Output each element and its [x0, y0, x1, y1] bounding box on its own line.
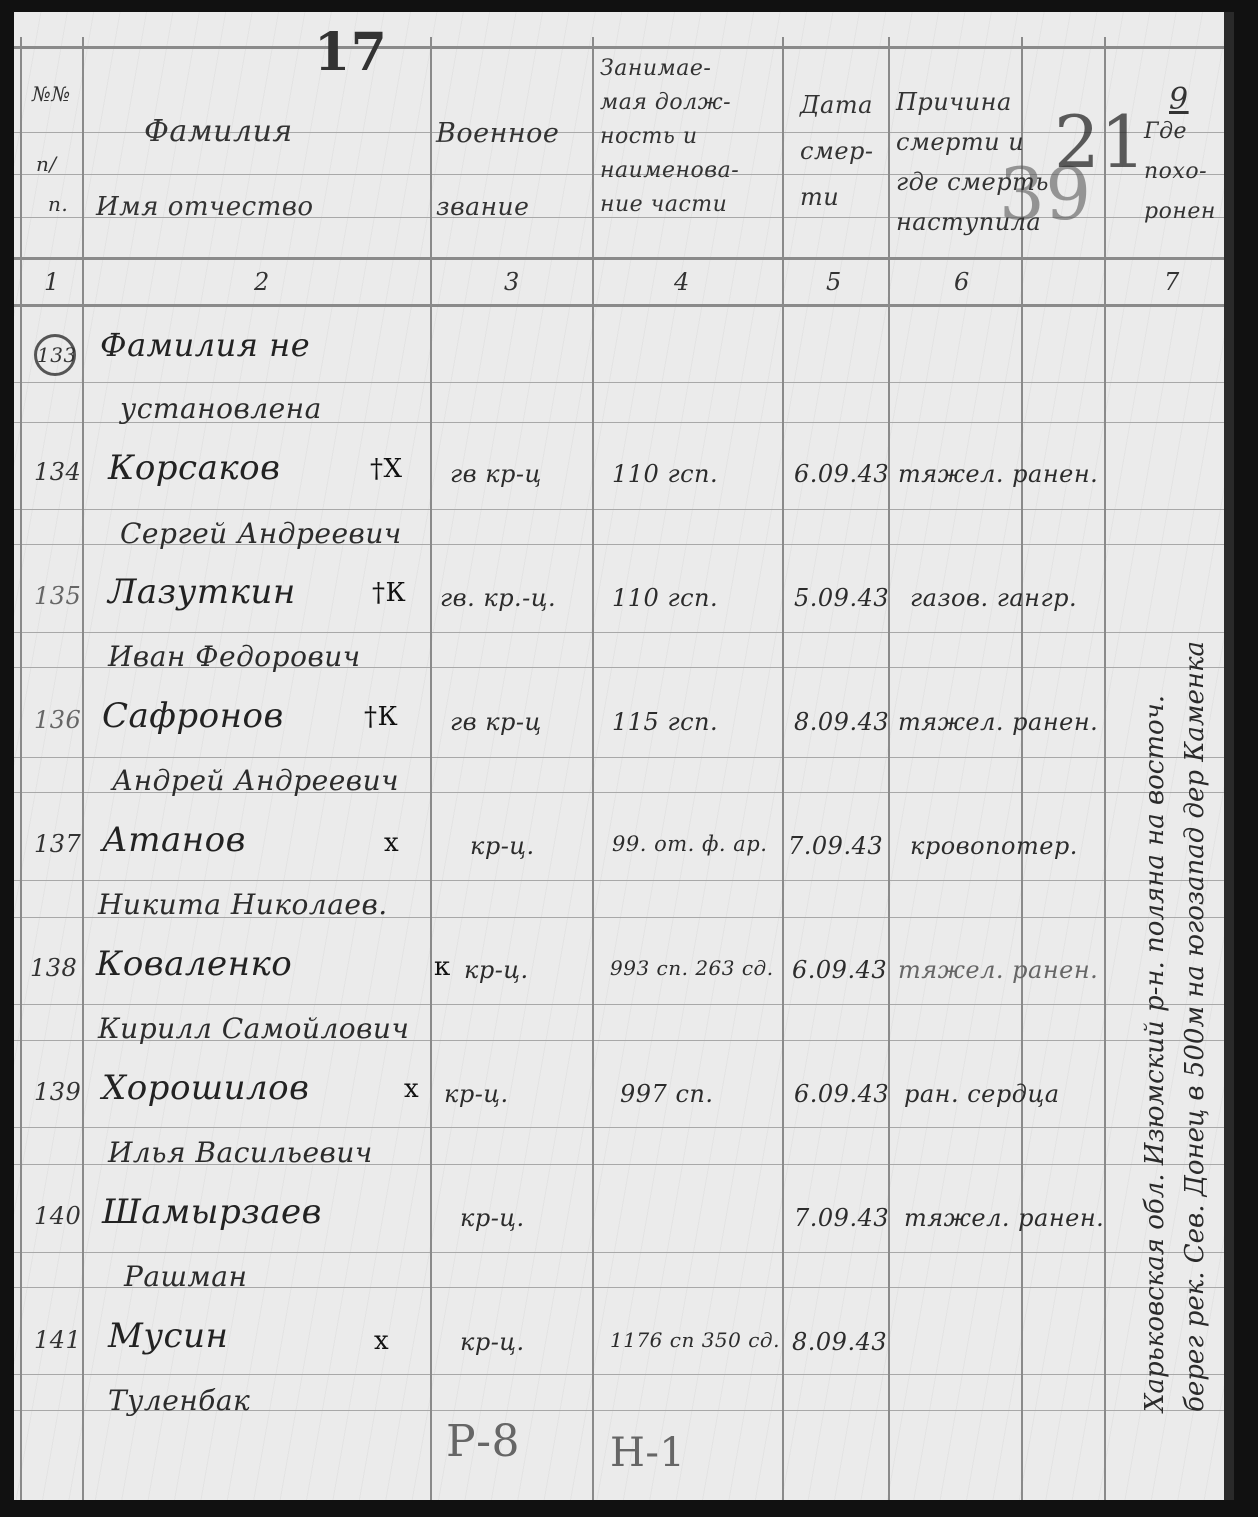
header-line: Занимае-	[600, 52, 739, 86]
date-of-death: 6.09.43	[792, 956, 887, 984]
header-military: Военное	[436, 118, 559, 149]
burial-place-line1: Харьковская обл. Изюмский р-н. поляна на…	[1140, 695, 1170, 1412]
surname: Сафронов	[102, 696, 284, 736]
deceased-mark: х	[374, 1326, 389, 1356]
header-col1-line1: №№	[32, 82, 71, 106]
deceased-mark: †К	[372, 578, 406, 608]
footer-mark: Н-1	[610, 1430, 685, 1476]
row-number: 135	[34, 582, 81, 610]
column-number: 6	[954, 268, 970, 296]
header-line: смерти и	[896, 122, 1049, 162]
header-line: наименова-	[600, 154, 739, 188]
given-name: Андрей Андреевич	[112, 764, 399, 797]
row-number: 133	[34, 334, 76, 376]
row-number: 137	[34, 830, 81, 858]
header-line: ронен	[1144, 192, 1216, 232]
rank: кр-ц.	[464, 956, 529, 984]
header-position-unit: Занимае- мая долж- ность и наименова- ни…	[600, 52, 739, 222]
header-line: Дата	[800, 82, 874, 128]
header-cause-place: Причина смерти и где смерть наступила	[896, 82, 1049, 242]
header-line: Причина	[896, 82, 1049, 122]
row-number: 139	[34, 1078, 81, 1106]
rank: кр-ц.	[470, 832, 535, 860]
header-line: похо-	[1144, 152, 1216, 192]
surname: Хорошилов	[102, 1068, 309, 1108]
given-name: Кирилл Самойлович	[98, 1012, 409, 1045]
date-of-death: 6.09.43	[794, 460, 889, 488]
surname: Коваленко	[96, 944, 292, 984]
grid-line	[14, 509, 1224, 510]
cause-of-death: тяжел. ранен.	[898, 460, 1098, 488]
column-number-border	[14, 304, 1224, 307]
given-name: Илья Васильевич	[108, 1136, 373, 1169]
pencil-overlay-number: 21	[1054, 100, 1147, 184]
grid-line	[14, 632, 1224, 633]
column-border	[888, 37, 890, 1500]
deceased-mark: к	[434, 952, 451, 982]
page-number: 17	[314, 22, 387, 83]
row-number: 136	[34, 706, 81, 734]
column-border	[430, 37, 432, 1500]
given-name: Сергей Андреевич	[120, 517, 402, 550]
unit: 997 сп.	[620, 1080, 713, 1108]
unit: 110 гсп.	[612, 460, 718, 488]
given-name: Рашман	[124, 1260, 247, 1293]
column-number: 1	[44, 268, 60, 296]
grid-line	[14, 757, 1224, 758]
column-border	[1021, 37, 1023, 1500]
row-number: 134	[34, 458, 81, 486]
rank: кр-ц.	[460, 1328, 525, 1356]
deceased-mark: х	[404, 1074, 419, 1104]
rank: кр-ц.	[444, 1080, 509, 1108]
given-name: Никита Николаев.	[98, 888, 388, 921]
header-name-patronymic: Имя отчество	[96, 192, 314, 222]
given-name: Иван Федорович	[108, 640, 361, 673]
deceased-mark: †К	[364, 702, 398, 732]
rank: гв кр-ц	[450, 460, 542, 488]
grid-line	[14, 1004, 1224, 1005]
column-number: 2	[254, 268, 270, 296]
header-date-of-death: Дата смер- ти	[800, 82, 874, 220]
surname: Мусин	[108, 1316, 228, 1356]
column-border	[592, 37, 594, 1500]
header-line: ти	[800, 174, 874, 220]
date-of-death: 8.09.43	[792, 1328, 887, 1356]
row-number: 141	[34, 1326, 81, 1354]
unit: 993 сп. 263 сд.	[610, 956, 774, 980]
header-line: ность и	[600, 120, 739, 154]
rank: кр-ц.	[460, 1204, 525, 1232]
surname: Лазуткин	[108, 572, 296, 612]
cause-of-death: газов. гангр.	[910, 584, 1077, 612]
date-of-death: 7.09.43	[794, 1204, 889, 1232]
header-col1-line2: п/	[36, 152, 57, 176]
column-number: 7	[1164, 268, 1180, 296]
cause-of-death: тяжел. ранен.	[898, 708, 1098, 736]
column-border	[1104, 37, 1106, 1500]
column-border	[782, 37, 784, 1500]
header-bottom-border	[14, 257, 1224, 260]
column-number: 3	[504, 268, 520, 296]
footer-mark: Р-8	[446, 1416, 520, 1467]
surname: Шамырзаев	[102, 1192, 322, 1232]
surname: Фамилия не	[100, 326, 310, 364]
header-line: смер-	[800, 128, 874, 174]
unit: 99. от. ф. ар.	[612, 832, 767, 856]
grid-line	[14, 1127, 1224, 1128]
header-col1-line3: п.	[48, 192, 68, 216]
header-line: наступила	[896, 202, 1049, 242]
ledger-page: 17 9 39 21 №№ п/ п. Фамилия Имя отчество…	[14, 12, 1234, 1500]
surname: Корсаков	[108, 448, 280, 488]
column-border	[20, 37, 22, 1500]
date-of-death: 6.09.43	[794, 1080, 889, 1108]
grid-line	[14, 1252, 1224, 1253]
rank: гв кр-ц	[450, 708, 542, 736]
unit: 115 гсп.	[612, 708, 718, 736]
surname: Атанов	[102, 820, 246, 860]
header-burial-place: Где похо- ронен	[1144, 112, 1216, 232]
deceased-mark: †Х	[370, 454, 403, 484]
deceased-mark: х	[384, 828, 399, 858]
grid-line	[14, 880, 1224, 881]
cause-of-death: тяжел. ранен.	[904, 1204, 1104, 1232]
column-number: 5	[826, 268, 842, 296]
cause-of-death: тяжел. ранен.	[898, 956, 1098, 984]
unit: 110 гсп.	[612, 584, 718, 612]
table-top-border	[14, 46, 1224, 49]
header-line: Где	[1144, 112, 1216, 152]
date-of-death: 7.09.43	[788, 832, 883, 860]
date-of-death: 5.09.43	[794, 584, 889, 612]
column-border	[82, 37, 84, 1500]
grid-line	[14, 382, 1224, 383]
grid-line	[14, 1374, 1224, 1375]
header-rank: звание	[436, 192, 529, 221]
row-number: 138	[30, 954, 77, 982]
header-surname: Фамилия	[144, 114, 293, 149]
header-line: где смерть	[896, 162, 1049, 202]
cause-of-death: кровопотер.	[910, 832, 1078, 860]
given-name: установлена	[120, 392, 322, 425]
header-line: мая долж-	[600, 86, 739, 120]
unit: 1176 сп 350 сд.	[610, 1328, 780, 1352]
row-number: 140	[34, 1202, 81, 1230]
date-of-death: 8.09.43	[794, 708, 889, 736]
rank: гв. кр.-ц.	[440, 584, 556, 612]
cause-of-death: ран. сердца	[904, 1080, 1060, 1108]
given-name: Туленбак	[108, 1384, 250, 1417]
column-number: 4	[674, 268, 690, 296]
burial-place-line2: берег рек. Сев. Донец в 500м на югозапад…	[1180, 641, 1210, 1412]
header-line: ние части	[600, 188, 739, 222]
